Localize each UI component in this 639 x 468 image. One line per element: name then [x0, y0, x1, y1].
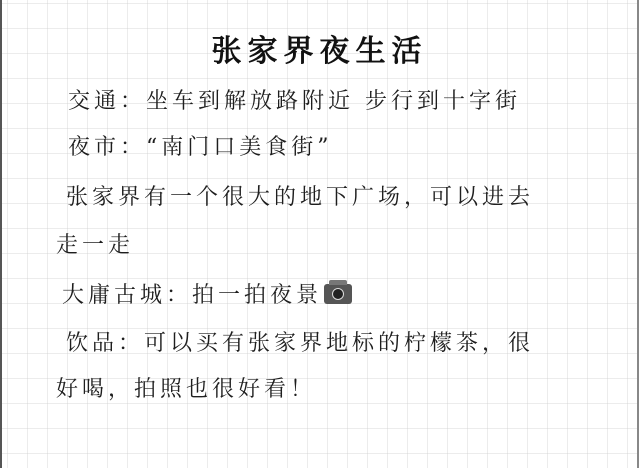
- ancient-city-line: 大庸古城：拍一拍夜景: [62, 278, 352, 309]
- transport-line: 交通：坐车到解放路附近 步行到十字街: [68, 84, 521, 115]
- drinks-line: 饮品：可以买有张家界地标的柠檬茶，很: [66, 326, 534, 357]
- left-edge: [0, 0, 2, 468]
- underground-plaza-line-cont: 走一走: [56, 228, 134, 259]
- drinks-line-cont: 好喝，拍照也很好看！: [56, 372, 316, 403]
- camera-icon: [324, 284, 352, 304]
- underground-plaza-line: 张家界有一个很大的地下广场，可以进去: [66, 180, 534, 211]
- page-title: 张家界夜生活: [0, 26, 639, 70]
- night-market-line: 夜市：“南门口美食街”: [68, 130, 333, 161]
- ancient-city-text: 大庸古城：拍一拍夜景: [62, 283, 322, 308]
